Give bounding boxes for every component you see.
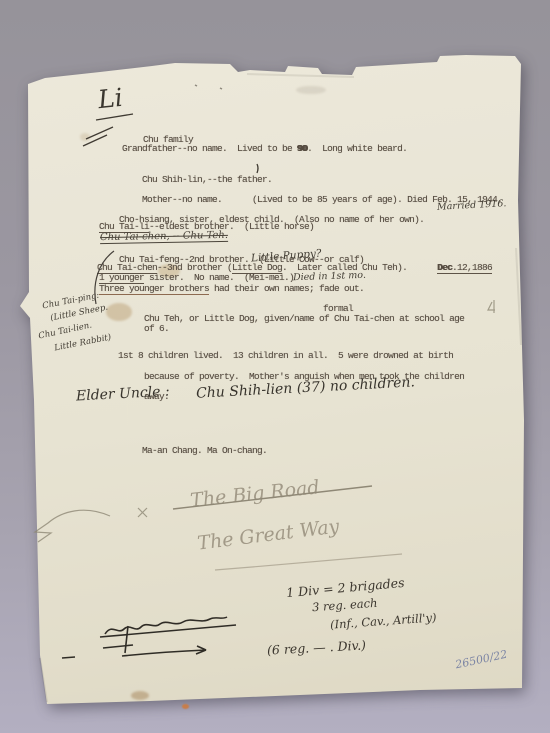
heading-li: Li (97, 83, 125, 114)
birthdate-underlined: .12,1886 (452, 262, 492, 274)
birthdate-overtyped: Dec (437, 262, 452, 274)
line-chu-teh-1: Chu Teh, or Little Dog, given/name of Ch… (124, 302, 464, 335)
grandfather-age-overtyped: 90 (297, 143, 307, 154)
photograph-of-document: Li Chu family Grandfather--no name. Live… (0, 0, 550, 733)
grandfather-text-end: . Long white beard. (307, 143, 407, 154)
younger-sister-text: sister. No name. (Mei-mei.) (144, 272, 294, 283)
chu-teh-text-2: of 6. (144, 323, 169, 334)
line-ma-an-chang: Ma-an Chang. Ma On-chang. (122, 434, 267, 467)
paper-smudge (296, 86, 326, 94)
line-younger-sister: 1 younger sister. No name. (Mei-mei.) (99, 272, 294, 283)
paper-stain (131, 691, 149, 700)
brother3-birthdate: Dec.12,1886 (437, 262, 492, 273)
ma-an-chang-text: Ma-an Chang. Ma On-chang. (142, 445, 267, 456)
three-brothers-underlined: Three younger brothers (99, 283, 209, 295)
line-grandfather: Grandfather--no name. Lived to be 90. Lo… (122, 143, 407, 154)
background-speck (182, 704, 189, 709)
grandfather-text: Grandfather--no name. Lived to be (122, 143, 297, 154)
chu-teh-text: Chu Teh, or Little Dog, given/name of Ch… (144, 313, 464, 324)
paper-stain (80, 133, 90, 141)
crossed-out-name-line: Chu Tai-chen, -- Chu Teh. (100, 230, 228, 244)
